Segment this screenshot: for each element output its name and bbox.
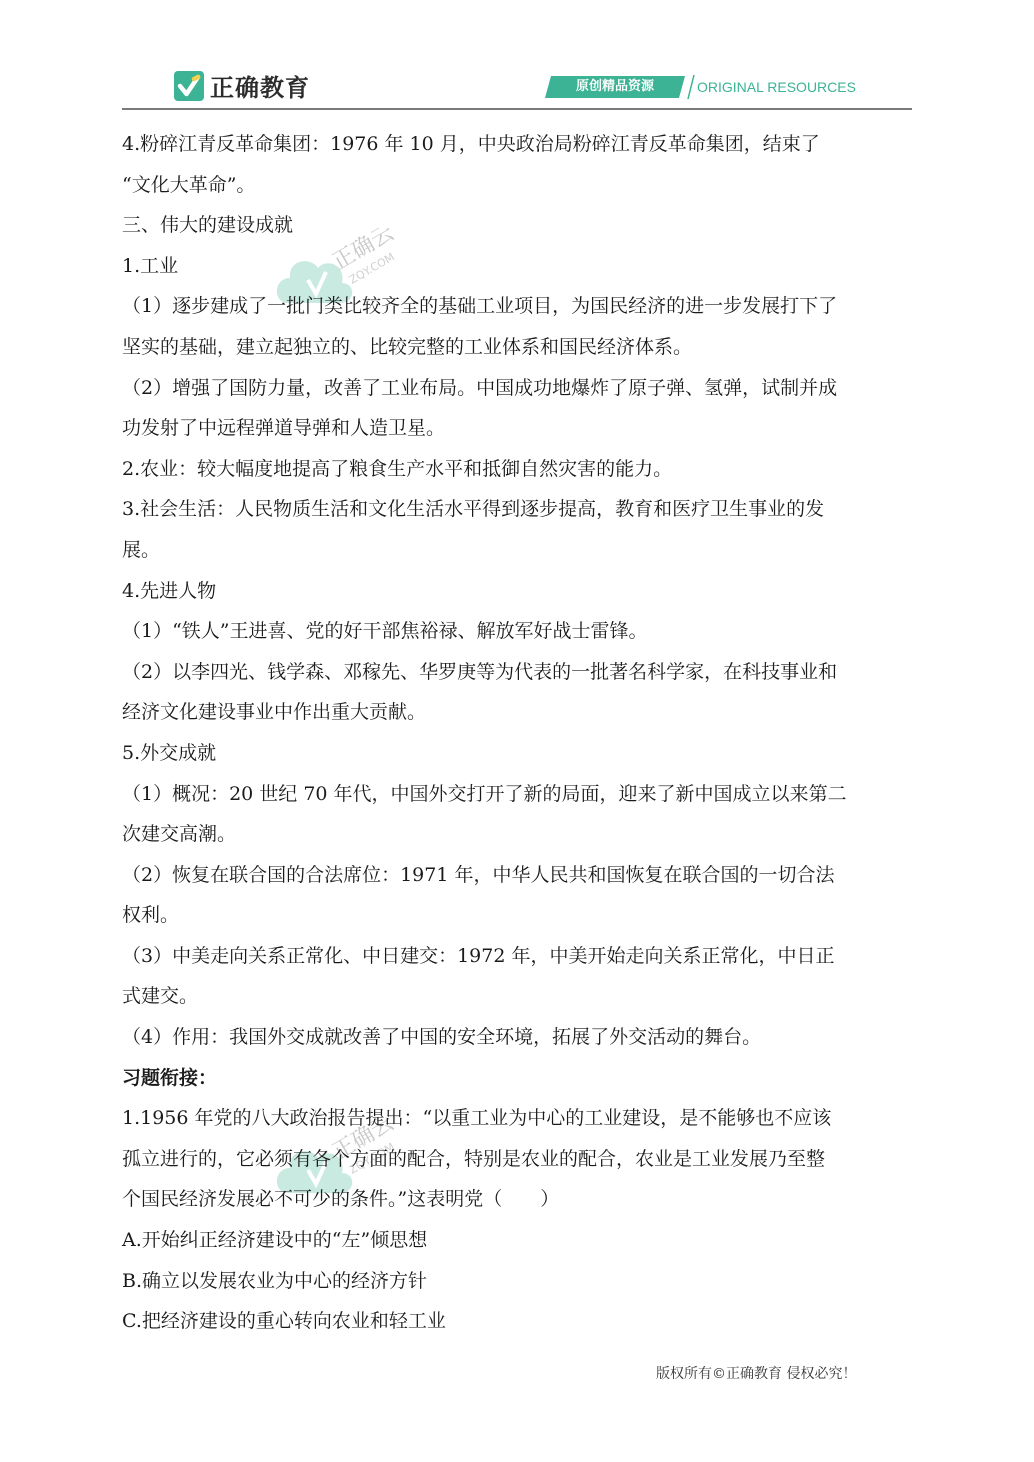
text-line: 4.粉碎江青反革命集团：1976 年 10 月，中央政治局粉碎江青反革命集团，结… (122, 124, 914, 165)
checkmark-logo-icon (174, 71, 204, 101)
text-line: 3.社会生活：人民物质生活和文化生活水平得到逐步提高，教育和医疗卫生事业的发 (122, 489, 914, 530)
text-line: （2）以李四光、钱学森、邓稼先、华罗庚等为代表的一批著名科学家，在科技事业和 (122, 652, 914, 693)
text-line: 5.外交成就 (122, 733, 914, 774)
text-line: 三、伟大的建设成就 (122, 205, 914, 246)
document-body: 4.粉碎江青反革命集团：1976 年 10 月，中央政治局粉碎江青反革命集团，结… (122, 124, 914, 1342)
original-resources-banner: 原创精品资源 ORIGINAL RESOURCES (545, 75, 856, 99)
brand-logo: 正确教育 (174, 68, 310, 103)
text-line: （3）中美走向关系正常化、中日建交：1972 年，中美开始走向关系正常化，中日正 (122, 936, 914, 977)
page-header: 正确教育 原创精品资源 ORIGINAL RESOURCES (122, 62, 912, 110)
copyright-footer: 版权所有©正确教育 侵权必究！ (656, 1363, 856, 1383)
text-line: （4）作用：我国外交成就改善了中国的安全环境，拓展了外交活动的舞台。 (122, 1017, 914, 1058)
section-heading: 习题衔接： (122, 1058, 914, 1099)
text-line: C.把经济建设的重心转向农业和轻工业 (122, 1301, 914, 1342)
text-line: 次建交高潮。 (122, 814, 914, 855)
header-divider (122, 108, 912, 110)
text-line: （2）恢复在联合国的合法席位：1971 年，中华人民共和国恢复在联合国的一切合法 (122, 855, 914, 896)
text-line: 1.1956 年党的八大政治报告提出：“以重工业为中心的工业建设，是不能够也不应… (122, 1098, 914, 1139)
text-line: 功发射了中远程弹道导弹和人造卫星。 (122, 408, 914, 449)
text-line: （2）增强了国防力量，改善了工业布局。中国成功地爆炸了原子弹、氢弹，试制并成 (122, 368, 914, 409)
text-line: 1.工业 (122, 246, 914, 287)
text-line: 展。 (122, 530, 914, 571)
text-line: 个国民经济发展必不可少的条件。”这表明党（ ） (122, 1179, 914, 1220)
text-line: 4.先进人物 (122, 571, 914, 612)
text-line: “文化大革命”。 (122, 165, 914, 206)
text-line: （1）逐步建成了一批门类比较齐全的基础工业项目，为国民经济的进一步发展打下了 (122, 286, 914, 327)
banner-tag: 原创精品资源 (545, 76, 685, 98)
banner-cn-label: 原创精品资源 (545, 76, 685, 98)
text-line: 坚实的基础，建立起独立的、比较完整的工业体系和国民经济体系。 (122, 327, 914, 368)
text-line: 2.农业：较大幅度地提高了粮食生产水平和抵御自然灾害的能力。 (122, 449, 914, 490)
text-line: 孤立进行的，它必须有各个方面的配合，特别是农业的配合，农业是工业发展乃至整 (122, 1139, 914, 1180)
logo-text: 正确教育 (210, 68, 310, 103)
text-line: 式建交。 (122, 976, 914, 1017)
text-line: （1）概况：20 世纪 70 年代，中国外交打开了新的局面，迎来了新中国成立以来… (122, 774, 914, 815)
text-line: 经济文化建设事业中作出重大贡献。 (122, 692, 914, 733)
banner-en-label: ORIGINAL RESOURCES (697, 79, 856, 95)
text-line: A.开始纠正经济建设中的“左”倾思想 (122, 1220, 914, 1261)
text-line: 权利。 (122, 895, 914, 936)
text-line: （1）“铁人”王进喜、党的好干部焦裕禄、解放军好战士雷锋。 (122, 611, 914, 652)
slash-divider-icon (687, 75, 695, 99)
text-line: B.确立以发展农业为中心的经济方针 (122, 1261, 914, 1302)
